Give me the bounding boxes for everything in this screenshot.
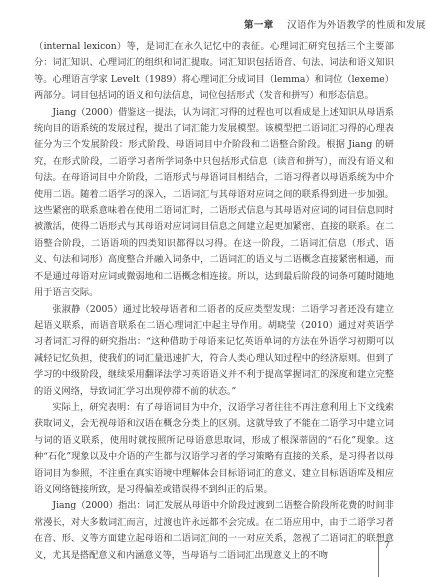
paragraph-5: Jiang（2000）指出：词汇发展从母语中介阶段过渡到二语整合阶段所花费的时间… — [34, 498, 394, 564]
paragraph-1: （internal lexicon）等，是词汇在永久记忆中的表征。心理词汇研究包… — [34, 39, 394, 105]
page-number-rule — [378, 540, 379, 577]
paragraph-3: 张淑静（2005）通过比较母语者和二语者的反应类型发现：二语学习者还没有建立起语… — [34, 302, 394, 400]
page-number: 7 — [384, 541, 390, 551]
body-text: （internal lexicon）等，是词汇在永久记忆中的表征。心理词汇研究包… — [34, 39, 394, 564]
paragraph-2: Jiang（2000）借鉴这一提法，认为词汇习得的过程也可以看成是上述知识从母语… — [34, 105, 394, 302]
running-header: 第一章 汉语作为外语教学的性质和发展 — [244, 17, 426, 31]
paragraph-4: 实际上，研究表明：有了母语词目为中介，汉语学习者往往不再注意利用上下文线索获取词… — [34, 400, 394, 498]
chapter-label: 第一章 — [244, 20, 274, 31]
chapter-title: 汉语作为外语教学的性质和发展 — [287, 20, 426, 31]
